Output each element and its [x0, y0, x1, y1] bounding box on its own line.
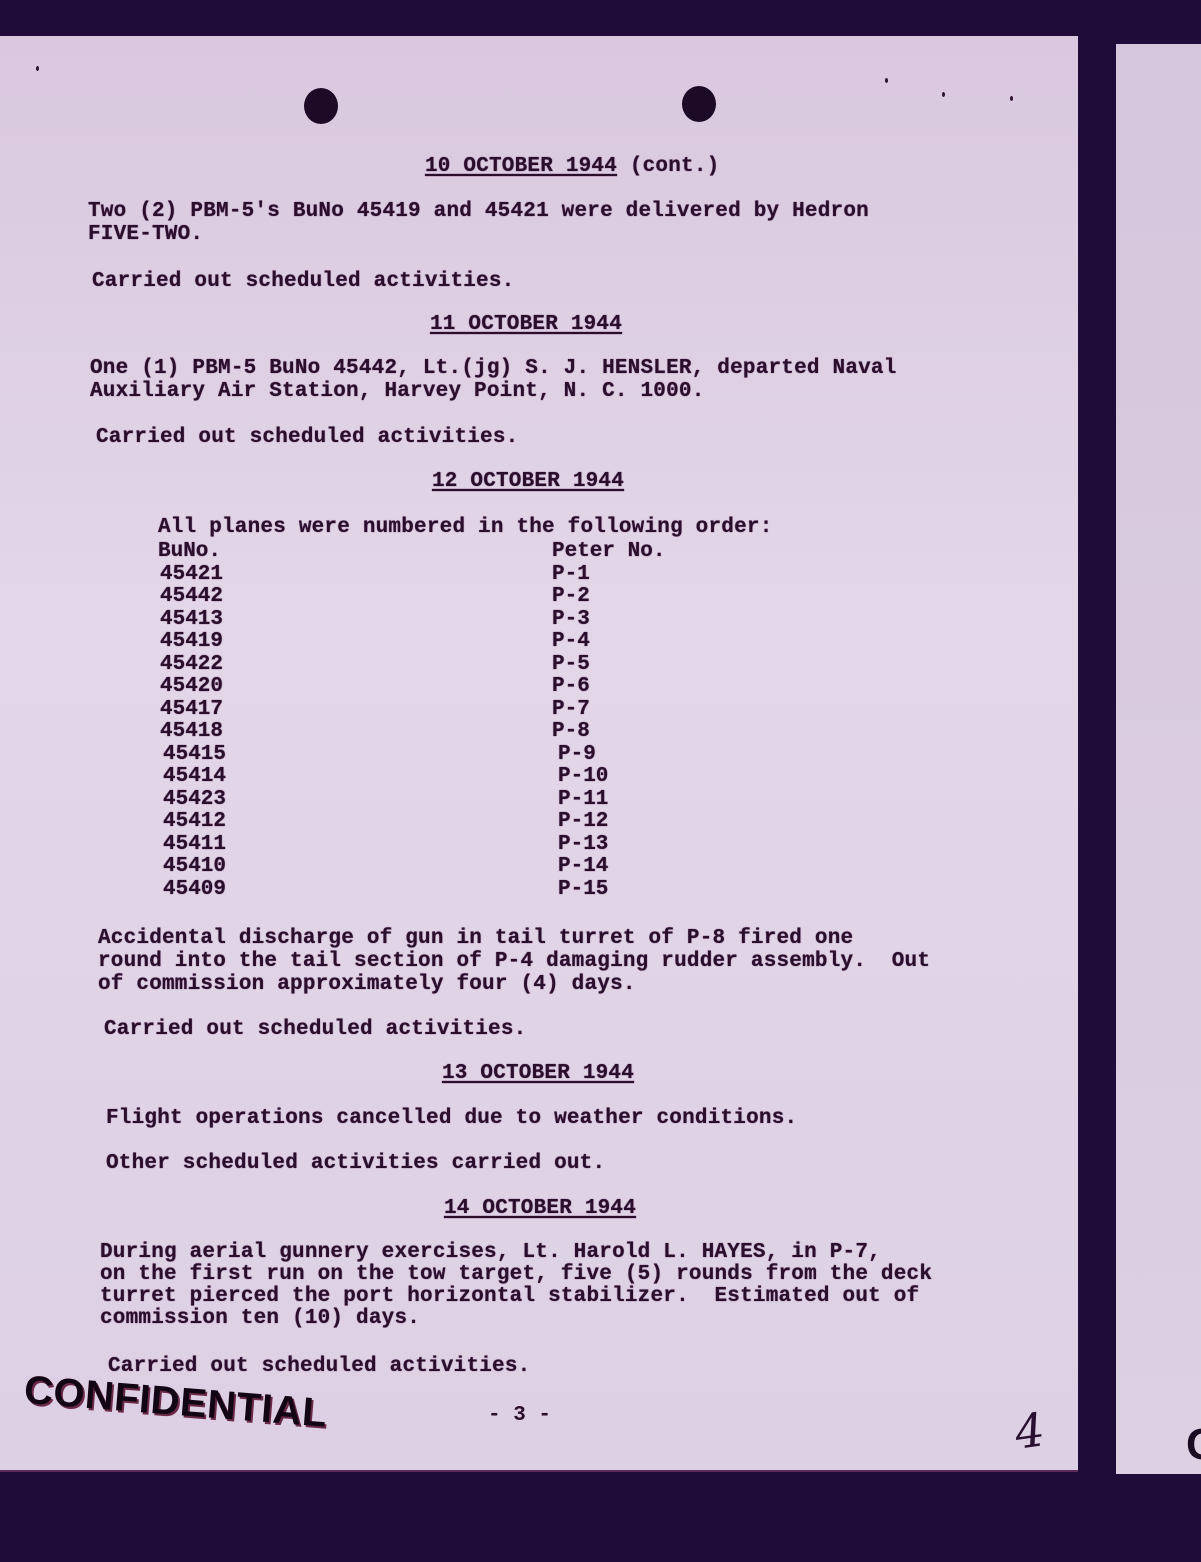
punch-hole-right [682, 86, 716, 122]
table-cell-peter: P-1 [552, 564, 665, 587]
table-cell-buno: 45419 [158, 631, 226, 654]
speck [942, 92, 945, 97]
paragraph: Flight operations cancelled due to weath… [106, 1107, 797, 1130]
table-header-buno: BuNo. [158, 541, 226, 564]
paragraph: Other scheduled activities carried out. [106, 1152, 605, 1175]
paragraph: One (1) PBM-5 BuNo 45442, Lt.(jg) S. J. … [90, 357, 897, 403]
paragraph: During aerial gunnery exercises, Lt. Har… [100, 1242, 932, 1330]
table-cell-buno: 45411 [158, 834, 226, 857]
table-cell-peter: P-13 [552, 834, 665, 857]
table-cell-buno: 45414 [158, 766, 226, 789]
table-cell-buno: 45421 [158, 564, 226, 587]
table-cell-peter: P-4 [552, 631, 665, 654]
table-cell-buno: 45442 [158, 586, 226, 609]
section-heading-11-oct: 11 OCTOBER 1944 [430, 313, 622, 336]
table-cell-peter: P-10 [552, 766, 665, 789]
table-cell-peter: P-3 [552, 609, 665, 632]
table-cell-buno: 45412 [158, 811, 226, 834]
adjacent-page-edge: C [1116, 44, 1201, 1474]
table-header-peter: Peter No. [552, 541, 665, 564]
adjacent-page-glyph: C [1186, 1420, 1201, 1470]
table-cell-peter: P-11 [552, 789, 665, 812]
page-number: - 3 - [488, 1404, 551, 1427]
table-cell-peter: P-5 [552, 654, 665, 677]
table-column-buno: BuNo. 4542145442454134541945422454204541… [158, 541, 226, 901]
table-cell-buno: 45423 [158, 789, 226, 812]
table-cell-buno: 45418 [158, 721, 226, 744]
table-cell-buno: 45422 [158, 654, 226, 677]
table-cell-peter: P-15 [552, 879, 665, 902]
section-heading-10-oct: 10 OCTOBER 1944 (cont.) [425, 155, 719, 178]
paragraph: Carried out scheduled activities. [108, 1355, 530, 1378]
table-intro: All planes were numbered in the followin… [158, 516, 773, 539]
speck [36, 66, 39, 71]
table-cell-buno: 45409 [158, 879, 226, 902]
paragraph: Carried out scheduled activities. [104, 1018, 526, 1041]
table-cell-peter: P-6 [552, 676, 665, 699]
paragraph: Two (2) PBM-5's BuNo 45419 and 45421 wer… [88, 200, 869, 246]
section-heading-14-oct: 14 OCTOBER 1944 [444, 1197, 636, 1220]
section-heading-13-oct: 13 OCTOBER 1944 [442, 1062, 634, 1085]
paragraph: Carried out scheduled activities. [92, 270, 514, 293]
table-cell-peter: P-12 [552, 811, 665, 834]
table-cell-buno: 45413 [158, 609, 226, 632]
table-cell-peter: P-14 [552, 856, 665, 879]
table-cell-buno: 45417 [158, 699, 226, 722]
section-heading-12-oct: 12 OCTOBER 1944 [432, 470, 624, 493]
table-cell-buno: 45420 [158, 676, 226, 699]
speck [885, 78, 888, 83]
paragraph: Carried out scheduled activities. [96, 426, 518, 449]
table-column-peter: Peter No. P-1P-2P-3P-4P-5P-6P-7P-8P-9P-1… [552, 541, 665, 901]
paragraph: Accidental discharge of gun in tail turr… [98, 927, 930, 996]
punch-hole-left [304, 88, 338, 124]
table-cell-buno: 45415 [158, 744, 226, 767]
table-cell-buno: 45410 [158, 856, 226, 879]
table-cell-peter: P-7 [552, 699, 665, 722]
table-cell-peter: P-8 [552, 721, 665, 744]
speck [1010, 96, 1013, 101]
table-cell-peter: P-2 [552, 586, 665, 609]
table-cell-peter: P-9 [552, 744, 665, 767]
